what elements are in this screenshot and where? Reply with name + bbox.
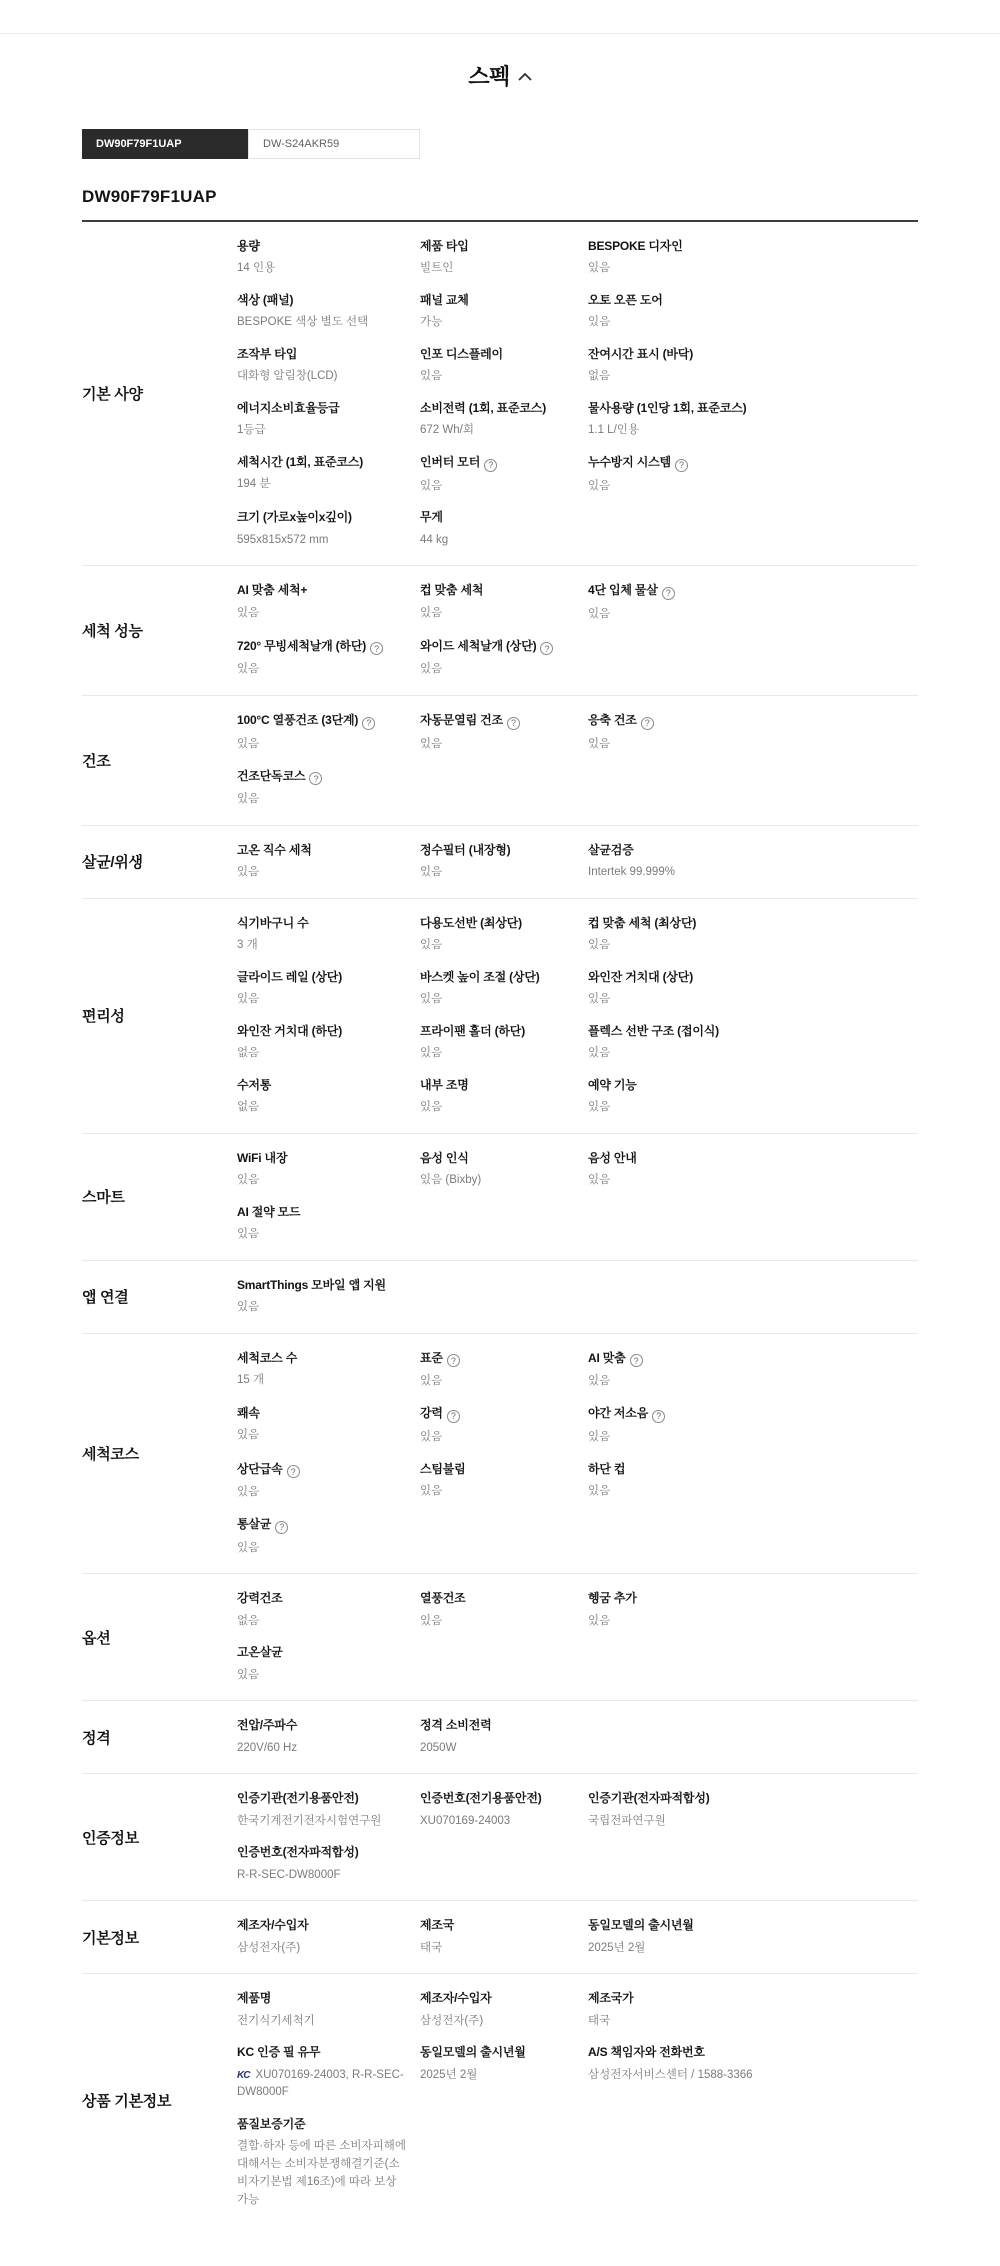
- spec-item-label: 100°C 열풍건조 (3단계)?: [237, 712, 406, 730]
- spec-item-label: 에너지소비효율등급: [237, 400, 406, 416]
- spec-row: 쾌속있음강력?있음야간 저소음?있음: [237, 1398, 918, 1453]
- spec-item: A/S 책임자와 전화번호삼성전자서비스센터 / 1588-3366: [588, 2037, 918, 2109]
- spec-item: 컵 맞춤 세척있음: [420, 575, 588, 630]
- spec-item: KC 인증 필 유무KCXU070169-24003, R-R-SEC-DW80…: [237, 2037, 420, 2109]
- spec-item: 제조국태국: [420, 1910, 588, 1964]
- spec-item: WiFi 내장있음: [237, 1143, 420, 1197]
- spec-item-label: BESPOKE 디자인: [588, 238, 904, 254]
- spec-row: 제품명전기식기세척기제조자/수입자삼성전자(주)제조국가태국: [237, 1983, 918, 2037]
- spec-table: 기본 사양용량14 인용제품 타입빌트인BESPOKE 디자인있음색상 (패널)…: [82, 222, 918, 2226]
- spec-item-value: 있음: [588, 736, 904, 754]
- spec-row: 조작부 타입대화형 알림창(LCD)인포 디스플레이있음잔여시간 표시 (바닥)…: [237, 339, 918, 393]
- spec-item: 인증번호(전기용품안전)XU070169-24003: [420, 1783, 588, 1837]
- spec-item: 열풍건조있음: [420, 1583, 588, 1637]
- spec-rows: 고온 직수 세척있음정수필터 (내장형)있음살균검증Intertek 99.99…: [237, 835, 918, 889]
- spec-row: 건조단독코스?있음: [237, 761, 918, 816]
- spec-item-value: 있음: [588, 1483, 904, 1501]
- spec-item-value: 595x815x572 mm: [237, 532, 406, 550]
- spec-item: 색상 (패널)BESPOKE 색상 별도 선택: [237, 285, 420, 339]
- spec-item-value: 있음: [420, 1483, 574, 1501]
- spec-item-label: 인증번호(전기용품안전): [420, 1790, 574, 1806]
- spec-item-value: 있음: [237, 1427, 406, 1445]
- spec-item-label: 제조자/수입자: [420, 1990, 574, 2006]
- spec-section: 세척코스세척코스 수15 개표준?있음AI 맞춤?있음쾌속있음강력?있음야간 저…: [82, 1334, 918, 1575]
- spec-item-label: 강력건조: [237, 1590, 406, 1606]
- spec-item-value: XU070169-24003: [420, 1813, 574, 1831]
- spec-category-label: 건조: [82, 750, 237, 771]
- spec-item-label: 색상 (패널): [237, 292, 406, 308]
- spec-rows: 강력건조없음열풍건조있음헹굼 추가있음고온살균있음: [237, 1583, 918, 1691]
- spec-row: 색상 (패널)BESPOKE 색상 별도 선택패널 교체가능오토 오픈 도어있음: [237, 285, 918, 339]
- spec-item: 예약 기능있음: [588, 1070, 918, 1124]
- spec-item-value: 있음: [237, 1299, 406, 1317]
- spec-section: 스마트WiFi 내장있음음성 인식있음 (Bixby)음성 안내있음AI 절약 …: [82, 1134, 918, 1261]
- spec-item: 100°C 열풍건조 (3단계)?있음: [237, 705, 420, 760]
- spec-item-value: 삼성전자서비스센터 / 1588-3366: [588, 2067, 904, 2085]
- spec-item-value: 있음: [420, 991, 574, 1009]
- spec-item: 동일모델의 출시년월2025년 2월: [588, 1910, 918, 1964]
- spec-item-label: 세척코스 수: [237, 1350, 406, 1366]
- spec-category-label: 스마트: [82, 1186, 237, 1207]
- spec-item-value: 없음: [237, 1099, 406, 1117]
- spec-item-value: 있음: [420, 937, 574, 955]
- info-icon[interactable]: ?: [662, 587, 675, 600]
- spec-item-label: 제품 타입: [420, 238, 574, 254]
- spec-item: 식기바구니 수3 개: [237, 908, 420, 962]
- spec-rows: 인증기관(전기용품안전)한국기계전기전자시험연구원인증번호(전기용품안전)XU0…: [237, 1783, 918, 1891]
- spec-category-label: 상품 기본정보: [82, 2090, 237, 2111]
- info-icon[interactable]: ?: [540, 642, 553, 655]
- spec-item-value: 있음: [588, 1172, 904, 1190]
- tab-dw90f79f1uap[interactable]: DW90F79F1UAP: [82, 129, 248, 159]
- spec-item-label: 표준?: [420, 1350, 574, 1368]
- spec-category-label: 인증정보: [82, 1827, 237, 1848]
- spec-item: 제조국가태국: [588, 1983, 918, 2037]
- spec-item: 수저통없음: [237, 1070, 420, 1124]
- spec-item-label: 건조단독코스?: [237, 768, 406, 786]
- spec-item: 스팀불림있음: [420, 1454, 588, 1509]
- spec-item-label: 수저통: [237, 1077, 406, 1093]
- spec-item-value: 태국: [420, 1940, 574, 1958]
- spec-item-value: 있음: [237, 1667, 406, 1685]
- spec-item: 바스켓 높이 조절 (상단)있음: [420, 962, 588, 1016]
- spec-item-label: 패널 교체: [420, 292, 574, 308]
- spec-item-label: 동일모델의 출시년월: [588, 1917, 904, 1933]
- info-icon[interactable]: ?: [362, 717, 375, 730]
- spec-item: 제조자/수입자삼성전자(주): [237, 1910, 420, 1964]
- spec-item-value: 없음: [588, 368, 904, 386]
- spec-item-value: Intertek 99.999%: [588, 864, 904, 882]
- spec-item-label: 프라이팬 홀더 (하단): [420, 1023, 574, 1039]
- spec-item-value: 빌트인: [420, 260, 574, 278]
- spec-section: 정격전압/주파수220V/60 Hz정격 소비전력2050W: [82, 1701, 918, 1774]
- page-title: 스펙: [468, 60, 510, 91]
- spec-item: 인증기관(전자파적합성)국립전파연구원: [588, 1783, 918, 1837]
- spec-item: 물사용량 (1인당 1회, 표준코스)1.1 L/인용: [588, 393, 918, 447]
- spec-item: 표준?있음: [420, 1343, 588, 1398]
- spec-item: 용량14 인용: [237, 231, 420, 285]
- spec-item: 와인잔 거치대 (하단)없음: [237, 1016, 420, 1070]
- spec-item: 인포 디스플레이있음: [420, 339, 588, 393]
- spec-item-label: 물사용량 (1인당 1회, 표준코스): [588, 400, 904, 416]
- spec-item: 음성 인식있음 (Bixby): [420, 1143, 588, 1197]
- spec-row: 품질보증기준결함·하자 등에 따른 소비자피해에 대해서는 소비자분쟁해결기준(…: [237, 2109, 918, 2216]
- spec-item: 제품명전기식기세척기: [237, 1983, 420, 2037]
- spec-item-label: 조작부 타입: [237, 346, 406, 362]
- spec-item-label: 인증기관(전기용품안전): [237, 1790, 406, 1806]
- spec-row: 세척코스 수15 개표준?있음AI 맞춤?있음: [237, 1343, 918, 1398]
- spec-item-value: 있음: [420, 661, 574, 679]
- spec-item: 자동문열림 건조?있음: [420, 705, 588, 760]
- spec-item: 제조자/수입자삼성전자(주): [420, 1983, 588, 2037]
- spec-item-value: R-R-SEC-DW8000F: [237, 1867, 406, 1885]
- spec-item: 누수방지 시스템?있음: [588, 447, 918, 502]
- spec-item-label: 누수방지 시스템?: [588, 454, 904, 472]
- spec-item-value: 있음: [420, 605, 574, 623]
- spec-row: AI 절약 모드있음: [237, 1197, 918, 1251]
- spec-item-label: 야간 저소음?: [588, 1405, 904, 1423]
- spec-rows: 100°C 열풍건조 (3단계)?있음자동문열림 건조?있음응축 건조?있음건조…: [237, 705, 918, 816]
- spec-item-value: 있음: [237, 791, 406, 809]
- spec-item-value: 국립전파연구원: [588, 1813, 904, 1831]
- spec-item-value: 있음: [588, 1373, 904, 1391]
- spec-item: AI 절약 모드있음: [237, 1197, 420, 1251]
- spec-item-value: 있음: [237, 736, 406, 754]
- spec-item-value: 있음: [588, 1613, 904, 1631]
- spec-row: KC 인증 필 유무KCXU070169-24003, R-R-SEC-DW80…: [237, 2037, 918, 2109]
- spec-item-label: KC 인증 필 유무: [237, 2044, 406, 2060]
- spec-category-label: 세척코스: [82, 1443, 237, 1464]
- spec-item-label: 예약 기능: [588, 1077, 904, 1093]
- spec-item-value: 있음: [588, 1045, 904, 1063]
- spec-item-value: 14 인용: [237, 260, 406, 278]
- spec-item-value: 1.1 L/인용: [588, 422, 904, 440]
- spec-row: 세척시간 (1회, 표준코스)194 분인버터 모터?있음누수방지 시스템?있음: [237, 447, 918, 502]
- spec-item: 4단 입체 물살?있음: [588, 575, 918, 630]
- spec-item: 패널 교체가능: [420, 285, 588, 339]
- spec-row: 수저통없음내부 조명있음예약 기능있음: [237, 1070, 918, 1124]
- spec-section: 앱 연결SmartThings 모바일 앱 지원있음: [82, 1261, 918, 1334]
- spec-item: 하단 컵있음: [588, 1454, 918, 1509]
- info-icon[interactable]: ?: [630, 1354, 643, 1367]
- spec-item-value: 있음: [237, 991, 406, 1009]
- spec-item: 소비전력 (1회, 표준코스)672 Wh/회: [420, 393, 588, 447]
- spec-category-label: 옵션: [82, 1627, 237, 1648]
- spec-rows: 용량14 인용제품 타입빌트인BESPOKE 디자인있음색상 (패널)BESPO…: [237, 231, 918, 556]
- spec-item: 응축 건조?있음: [588, 705, 918, 760]
- spec-item-label: WiFi 내장: [237, 1150, 406, 1166]
- spec-item-value: 있음: [420, 1045, 574, 1063]
- spec-rows: 제조자/수입자삼성전자(주)제조국태국동일모델의 출시년월2025년 2월: [237, 1910, 918, 1964]
- info-icon[interactable]: ?: [484, 459, 497, 472]
- spec-item-value: 있음: [237, 1226, 406, 1244]
- info-icon[interactable]: ?: [287, 1465, 300, 1478]
- spec-row: 용량14 인용제품 타입빌트인BESPOKE 디자인있음: [237, 231, 918, 285]
- spec-category-label: 살균/위생: [82, 851, 237, 872]
- spec-item: 세척시간 (1회, 표준코스)194 분: [237, 447, 420, 502]
- spec-item: 건조단독코스?있음: [237, 761, 420, 816]
- kc-mark-icon: KC: [237, 2068, 249, 2084]
- spec-item: 프라이팬 홀더 (하단)있음: [420, 1016, 588, 1070]
- info-icon[interactable]: ?: [447, 1354, 460, 1367]
- spec-item: 헹굼 추가있음: [588, 1583, 918, 1637]
- spec-category-label: 앱 연결: [82, 1286, 237, 1307]
- spec-row: 전압/주파수220V/60 Hz정격 소비전력2050W: [237, 1710, 918, 1764]
- spec-item: 조작부 타입대화형 알림창(LCD): [237, 339, 420, 393]
- spec-item-label: 고온살균: [237, 1644, 406, 1660]
- spec-item-value: 있음: [420, 864, 574, 882]
- info-icon[interactable]: ?: [275, 1521, 288, 1534]
- tab-dw-s24akr59[interactable]: DW-S24AKR59: [248, 129, 420, 159]
- spec-item: BESPOKE 디자인있음: [588, 231, 918, 285]
- model-tabs: DW90F79F1UAP DW-S24AKR59: [82, 129, 1000, 159]
- spec-item-label: 헹굼 추가: [588, 1590, 904, 1606]
- spec-item-label: 자동문열림 건조?: [420, 712, 574, 730]
- spec-item-label: 식기바구니 수: [237, 915, 406, 931]
- spec-item-label: 플렉스 선반 구조 (접이식): [588, 1023, 904, 1039]
- spec-item-value: 있음: [588, 1429, 904, 1447]
- spec-row: SmartThings 모바일 앱 지원있음: [237, 1270, 918, 1324]
- chevron-up-icon: [518, 68, 532, 86]
- spec-category-label: 정격: [82, 1727, 237, 1748]
- model-heading: DW90F79F1UAP: [82, 187, 918, 222]
- info-icon[interactable]: ?: [447, 1410, 460, 1423]
- spec-item: 컵 맞춤 세척 (최상단)있음: [588, 908, 918, 962]
- info-icon[interactable]: ?: [675, 459, 688, 472]
- spec-item: 야간 저소음?있음: [588, 1398, 918, 1453]
- spec-row: 글라이드 레일 (상단)있음바스켓 높이 조절 (상단)있음와인잔 거치대 (상…: [237, 962, 918, 1016]
- spec-row: WiFi 내장있음음성 인식있음 (Bixby)음성 안내있음: [237, 1143, 918, 1197]
- spec-item-label: 바스켓 높이 조절 (상단): [420, 969, 574, 985]
- spec-item-label: SmartThings 모바일 앱 지원: [237, 1277, 406, 1293]
- spec-item-label: 고온 직수 세척: [237, 842, 406, 858]
- spec-item-label: 쾌속: [237, 1405, 406, 1421]
- spec-item-value: 있음: [588, 937, 904, 955]
- spec-item-label: 소비전력 (1회, 표준코스): [420, 400, 574, 416]
- spec-item: 살균검증Intertek 99.999%: [588, 835, 918, 889]
- spec-row: 강력건조없음열풍건조있음헹굼 추가있음: [237, 1583, 918, 1637]
- spec-item: 인증번호(전자파적합성)R-R-SEC-DW8000F: [237, 1837, 420, 1891]
- spec-rows: SmartThings 모바일 앱 지원있음: [237, 1270, 918, 1324]
- spec-row: 100°C 열풍건조 (3단계)?있음자동문열림 건조?있음응축 건조?있음: [237, 705, 918, 760]
- spec-item-value: 있음: [588, 991, 904, 1009]
- spec-item-label: AI 맞춤?: [588, 1350, 904, 1368]
- spec-item-value: 있음: [588, 1099, 904, 1117]
- spec-item-value: 있음: [588, 606, 904, 624]
- spec-section: 인증정보인증기관(전기용품안전)한국기계전기전자시험연구원인증번호(전기용품안전…: [82, 1774, 918, 1901]
- spec-category-label: 세척 성능: [82, 620, 237, 641]
- spec-row: 고온살균있음: [237, 1637, 918, 1691]
- spec-item: 강력건조없음: [237, 1583, 420, 1637]
- spec-item-label: 열풍건조: [420, 1590, 574, 1606]
- spec-section: 편리성식기바구니 수3 개다용도선반 (최상단)있음컵 맞춤 세척 (최상단)있…: [82, 899, 918, 1134]
- spec-item-label: 컵 맞춤 세척 (최상단): [588, 915, 904, 931]
- spec-item-label: 살균검증: [588, 842, 904, 858]
- spec-row: 식기바구니 수3 개다용도선반 (최상단)있음컵 맞춤 세척 (최상단)있음: [237, 908, 918, 962]
- spec-section: 기본 사양용량14 인용제품 타입빌트인BESPOKE 디자인있음색상 (패널)…: [82, 222, 918, 566]
- spec-item: 와인잔 거치대 (상단)있음: [588, 962, 918, 1016]
- spec-section: 옵션강력건조없음열풍건조있음헹굼 추가있음고온살균있음: [82, 1574, 918, 1701]
- spec-item: 통살균?있음: [237, 1509, 420, 1564]
- info-icon[interactable]: ?: [652, 1410, 665, 1423]
- spec-item-label: 인포 디스플레이: [420, 346, 574, 362]
- spec-item-label: 품질보증기준: [237, 2116, 406, 2132]
- info-icon[interactable]: ?: [507, 717, 520, 730]
- spec-item-value: 있음: [588, 260, 904, 278]
- spec-item-label: 인버터 모터?: [420, 454, 574, 472]
- spec-item-value: 2050W: [420, 1740, 574, 1758]
- spec-item-value: 삼성전자(주): [237, 1940, 406, 1958]
- spec-item: 인버터 모터?있음: [420, 447, 588, 502]
- spec-item-label: 내부 조명: [420, 1077, 574, 1093]
- spec-item: 와이드 세척날개 (상단)?있음: [420, 631, 588, 686]
- spec-item: 품질보증기준결함·하자 등에 따른 소비자피해에 대해서는 소비자분쟁해결기준(…: [237, 2109, 420, 2216]
- spec-item-value: BESPOKE 색상 별도 선택: [237, 314, 406, 332]
- spec-item-value: 194 분: [237, 476, 406, 494]
- spec-rows: 식기바구니 수3 개다용도선반 (최상단)있음컵 맞춤 세척 (최상단)있음글라…: [237, 908, 918, 1124]
- spec-item-label: 인증번호(전자파적합성): [237, 1844, 406, 1860]
- spec-item-label: 용량: [237, 238, 406, 254]
- spec-item-value: 결함·하자 등에 따른 소비자피해에 대해서는 소비자분쟁해결기준(소비자기본법…: [237, 2138, 406, 2209]
- spec-item: 동일모델의 출시년월2025년 2월: [420, 2037, 588, 2109]
- spec-section: 건조100°C 열풍건조 (3단계)?있음자동문열림 건조?있음응축 건조?있음…: [82, 696, 918, 826]
- spec-item-value: 있음: [420, 478, 574, 496]
- spec-item-value: 44 kg: [420, 532, 574, 550]
- spec-item-label: 4단 입체 물살?: [588, 582, 904, 600]
- spec-item-label: 정격 소비전력: [420, 1717, 574, 1733]
- spec-item-value: 있음: [237, 1172, 406, 1190]
- spec-item: 상단급속?있음: [237, 1454, 420, 1509]
- spec-item-value: 있음 (Bixby): [420, 1172, 574, 1190]
- spec-item-value: KCXU070169-24003, R-R-SEC-DW8000F: [237, 2067, 406, 2103]
- spec-section: 살균/위생고온 직수 세척있음정수필터 (내장형)있음살균검증Intertek …: [82, 826, 918, 899]
- spec-row: AI 맞춤 세척+있음컵 맞춤 세척있음4단 입체 물살?있음: [237, 575, 918, 630]
- spec-item-value: 1등급: [237, 422, 406, 440]
- spec-rows: 세척코스 수15 개표준?있음AI 맞춤?있음쾌속있음강력?있음야간 저소음?있…: [237, 1343, 918, 1565]
- spec-item-value: 있음: [588, 478, 904, 496]
- spec-rows: AI 맞춤 세척+있음컵 맞춤 세척있음4단 입체 물살?있음720° 무빙세척…: [237, 575, 918, 686]
- spec-rows: WiFi 내장있음음성 인식있음 (Bixby)음성 안내있음AI 절약 모드있…: [237, 1143, 918, 1251]
- spec-item-value: 대화형 알림창(LCD): [237, 368, 406, 386]
- spec-item: 정격 소비전력2050W: [420, 1710, 588, 1764]
- spec-item-label: 제조자/수입자: [237, 1917, 406, 1933]
- spec-accordion-header[interactable]: 스펙: [0, 34, 1000, 119]
- spec-item-label: AI 맞춤 세척+: [237, 582, 406, 598]
- spec-item: 정수필터 (내장형)있음: [420, 835, 588, 889]
- spec-item-value: 가능: [420, 314, 574, 332]
- spec-item-label: 세척시간 (1회, 표준코스): [237, 454, 406, 470]
- spec-item: 오토 오픈 도어있음: [588, 285, 918, 339]
- spec-item: 플렉스 선반 구조 (접이식)있음: [588, 1016, 918, 1070]
- spec-item-label: 정수필터 (내장형): [420, 842, 574, 858]
- spec-item: AI 맞춤?있음: [588, 1343, 918, 1398]
- spec-item-label: 강력?: [420, 1405, 574, 1423]
- spec-section: 상품 기본정보제품명전기식기세척기제조자/수입자삼성전자(주)제조국가태국KC …: [82, 1974, 918, 2225]
- spec-item-label: 잔여시간 표시 (바닥): [588, 346, 904, 362]
- spec-item-value: 있음: [237, 864, 406, 882]
- spec-item-value: 삼성전자(주): [420, 2013, 574, 2031]
- spec-item: 음성 안내있음: [588, 1143, 918, 1197]
- spec-row: 제조자/수입자삼성전자(주)제조국태국동일모델의 출시년월2025년 2월: [237, 1910, 918, 1964]
- spec-item: 강력?있음: [420, 1398, 588, 1453]
- spec-row: 통살균?있음: [237, 1509, 918, 1564]
- spec-row: 인증기관(전기용품안전)한국기계전기전자시험연구원인증번호(전기용품안전)XU0…: [237, 1783, 918, 1837]
- spec-item-label: 제조국: [420, 1917, 574, 1933]
- spec-item-label: 오토 오픈 도어: [588, 292, 904, 308]
- spec-item-label: 전압/주파수: [237, 1717, 406, 1733]
- spec-item-value: 없음: [237, 1613, 406, 1631]
- spec-item: 제품 타입빌트인: [420, 231, 588, 285]
- spec-item-label: 상단급속?: [237, 1461, 406, 1479]
- spec-category-label: 편리성: [82, 1005, 237, 1026]
- spec-item-value: 한국기계전기전자시험연구원: [237, 1813, 406, 1831]
- spec-item-label: 통살균?: [237, 1516, 406, 1534]
- spec-item-value: 있음: [420, 1373, 574, 1391]
- spec-category-label: 기본 사양: [82, 383, 237, 404]
- spec-item-value: 있음: [420, 1099, 574, 1117]
- spec-item-value: 있음: [420, 1429, 574, 1447]
- spec-item: 720° 무빙세척날개 (하단)?있음: [237, 631, 420, 686]
- spec-item-label: 음성 안내: [588, 1150, 904, 1166]
- spec-item-label: 동일모델의 출시년월: [420, 2044, 574, 2060]
- spec-item-value: 있음: [237, 1484, 406, 1502]
- spec-item-value: 전기식기세척기: [237, 2013, 406, 2031]
- info-icon[interactable]: ?: [641, 717, 654, 730]
- spec-item-label: 와인잔 거치대 (상단): [588, 969, 904, 985]
- spec-item-value: 있음: [588, 314, 904, 332]
- spec-item-value: 있음: [237, 605, 406, 623]
- spec-item-value: 2025년 2월: [420, 2067, 574, 2085]
- spec-item-value: 220V/60 Hz: [237, 1740, 406, 1758]
- spec-item-label: 무게: [420, 509, 574, 525]
- spec-item-label: 하단 컵: [588, 1461, 904, 1477]
- spec-section: 기본정보제조자/수입자삼성전자(주)제조국태국동일모델의 출시년월2025년 2…: [82, 1901, 918, 1974]
- info-icon[interactable]: ?: [309, 772, 322, 785]
- spec-rows: 전압/주파수220V/60 Hz정격 소비전력2050W: [237, 1710, 918, 1764]
- spec-item-value: 3 개: [237, 937, 406, 955]
- spec-item: 다용도선반 (최상단)있음: [420, 908, 588, 962]
- spec-item-label: 크기 (가로x높이x깊이): [237, 509, 406, 525]
- spec-item-label: 다용도선반 (최상단): [420, 915, 574, 931]
- spec-item-value: 있음: [420, 368, 574, 386]
- spec-item: SmartThings 모바일 앱 지원있음: [237, 1270, 420, 1324]
- spec-item: 고온살균있음: [237, 1637, 420, 1691]
- spec-item-value: 15 개: [237, 1372, 406, 1390]
- spec-item-value: 있음: [237, 1540, 406, 1558]
- spec-row: 720° 무빙세척날개 (하단)?있음와이드 세척날개 (상단)?있음: [237, 631, 918, 686]
- spec-row: 상단급속?있음스팀불림있음하단 컵있음: [237, 1454, 918, 1509]
- info-icon[interactable]: ?: [370, 642, 383, 655]
- spec-section: 세척 성능AI 맞춤 세척+있음컵 맞춤 세척있음4단 입체 물살?있음720°…: [82, 566, 918, 696]
- spec-item-label: 제조국가: [588, 1990, 904, 2006]
- spec-row: 인증번호(전자파적합성)R-R-SEC-DW8000F: [237, 1837, 918, 1891]
- spec-item-label: 와인잔 거치대 (하단): [237, 1023, 406, 1039]
- spec-item: 전압/주파수220V/60 Hz: [237, 1710, 420, 1764]
- spec-item-label: A/S 책임자와 전화번호: [588, 2044, 904, 2060]
- spec-item: 크기 (가로x높이x깊이)595x815x572 mm: [237, 502, 420, 556]
- spec-row: 에너지소비효율등급1등급소비전력 (1회, 표준코스)672 Wh/회물사용량 …: [237, 393, 918, 447]
- spec-item-label: 글라이드 레일 (상단): [237, 969, 406, 985]
- spec-row: 크기 (가로x높이x깊이)595x815x572 mm무게44 kg: [237, 502, 918, 556]
- spec-item: 쾌속있음: [237, 1398, 420, 1453]
- spec-item: 잔여시간 표시 (바닥)없음: [588, 339, 918, 393]
- spec-item-label: 응축 건조?: [588, 712, 904, 730]
- spec-category-label: 기본정보: [82, 1927, 237, 1948]
- spec-item: 세척코스 수15 개: [237, 1343, 420, 1398]
- spec-item-label: 720° 무빙세척날개 (하단)?: [237, 638, 406, 656]
- spec-item-label: 스팀불림: [420, 1461, 574, 1477]
- spec-item-label: 컵 맞춤 세척: [420, 582, 574, 598]
